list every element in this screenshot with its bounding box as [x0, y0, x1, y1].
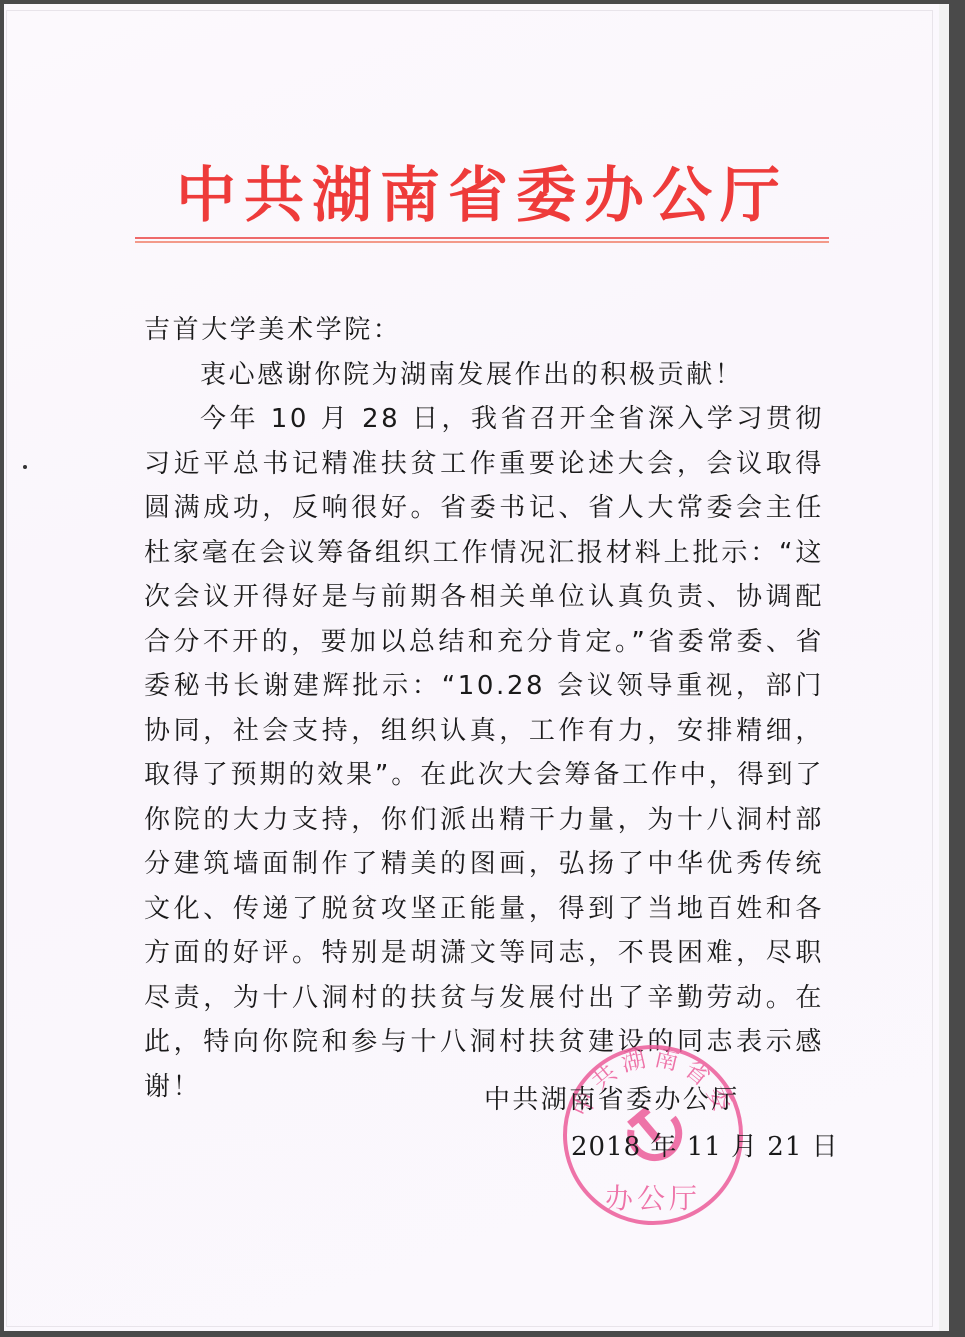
letterhead-divider [135, 237, 829, 243]
signature-organization: 中共湖南省委办公厅 [484, 1079, 740, 1116]
scan-speck [23, 465, 27, 469]
signature-date: 2018 年 11 月 21 日 [571, 1126, 839, 1163]
salutation: 吉首大学美术学院： [144, 308, 824, 353]
letter-body: 吉首大学美术学院： 衷心感谢你院为湖南发展作出的积极贡献！ 今年 10 月 28… [144, 308, 824, 1109]
letterhead-title: 中共湖南省委办公厅 [132, 156, 832, 236]
letter-paragraph: 今年 10 月 28 日，我省召开全省深入学习贯彻习近平总书记精准扶贫工作重要论… [144, 397, 824, 1109]
document-page: 中共湖南省委办公厅 吉首大学美术学院： 衷心感谢你院为湖南发展作出的积极贡献！ … [4, 4, 949, 1331]
letter-paragraph: 衷心感谢你院为湖南发展作出的积极贡献！ [144, 353, 824, 398]
seal-center-text: 办公厅 [605, 1182, 701, 1215]
